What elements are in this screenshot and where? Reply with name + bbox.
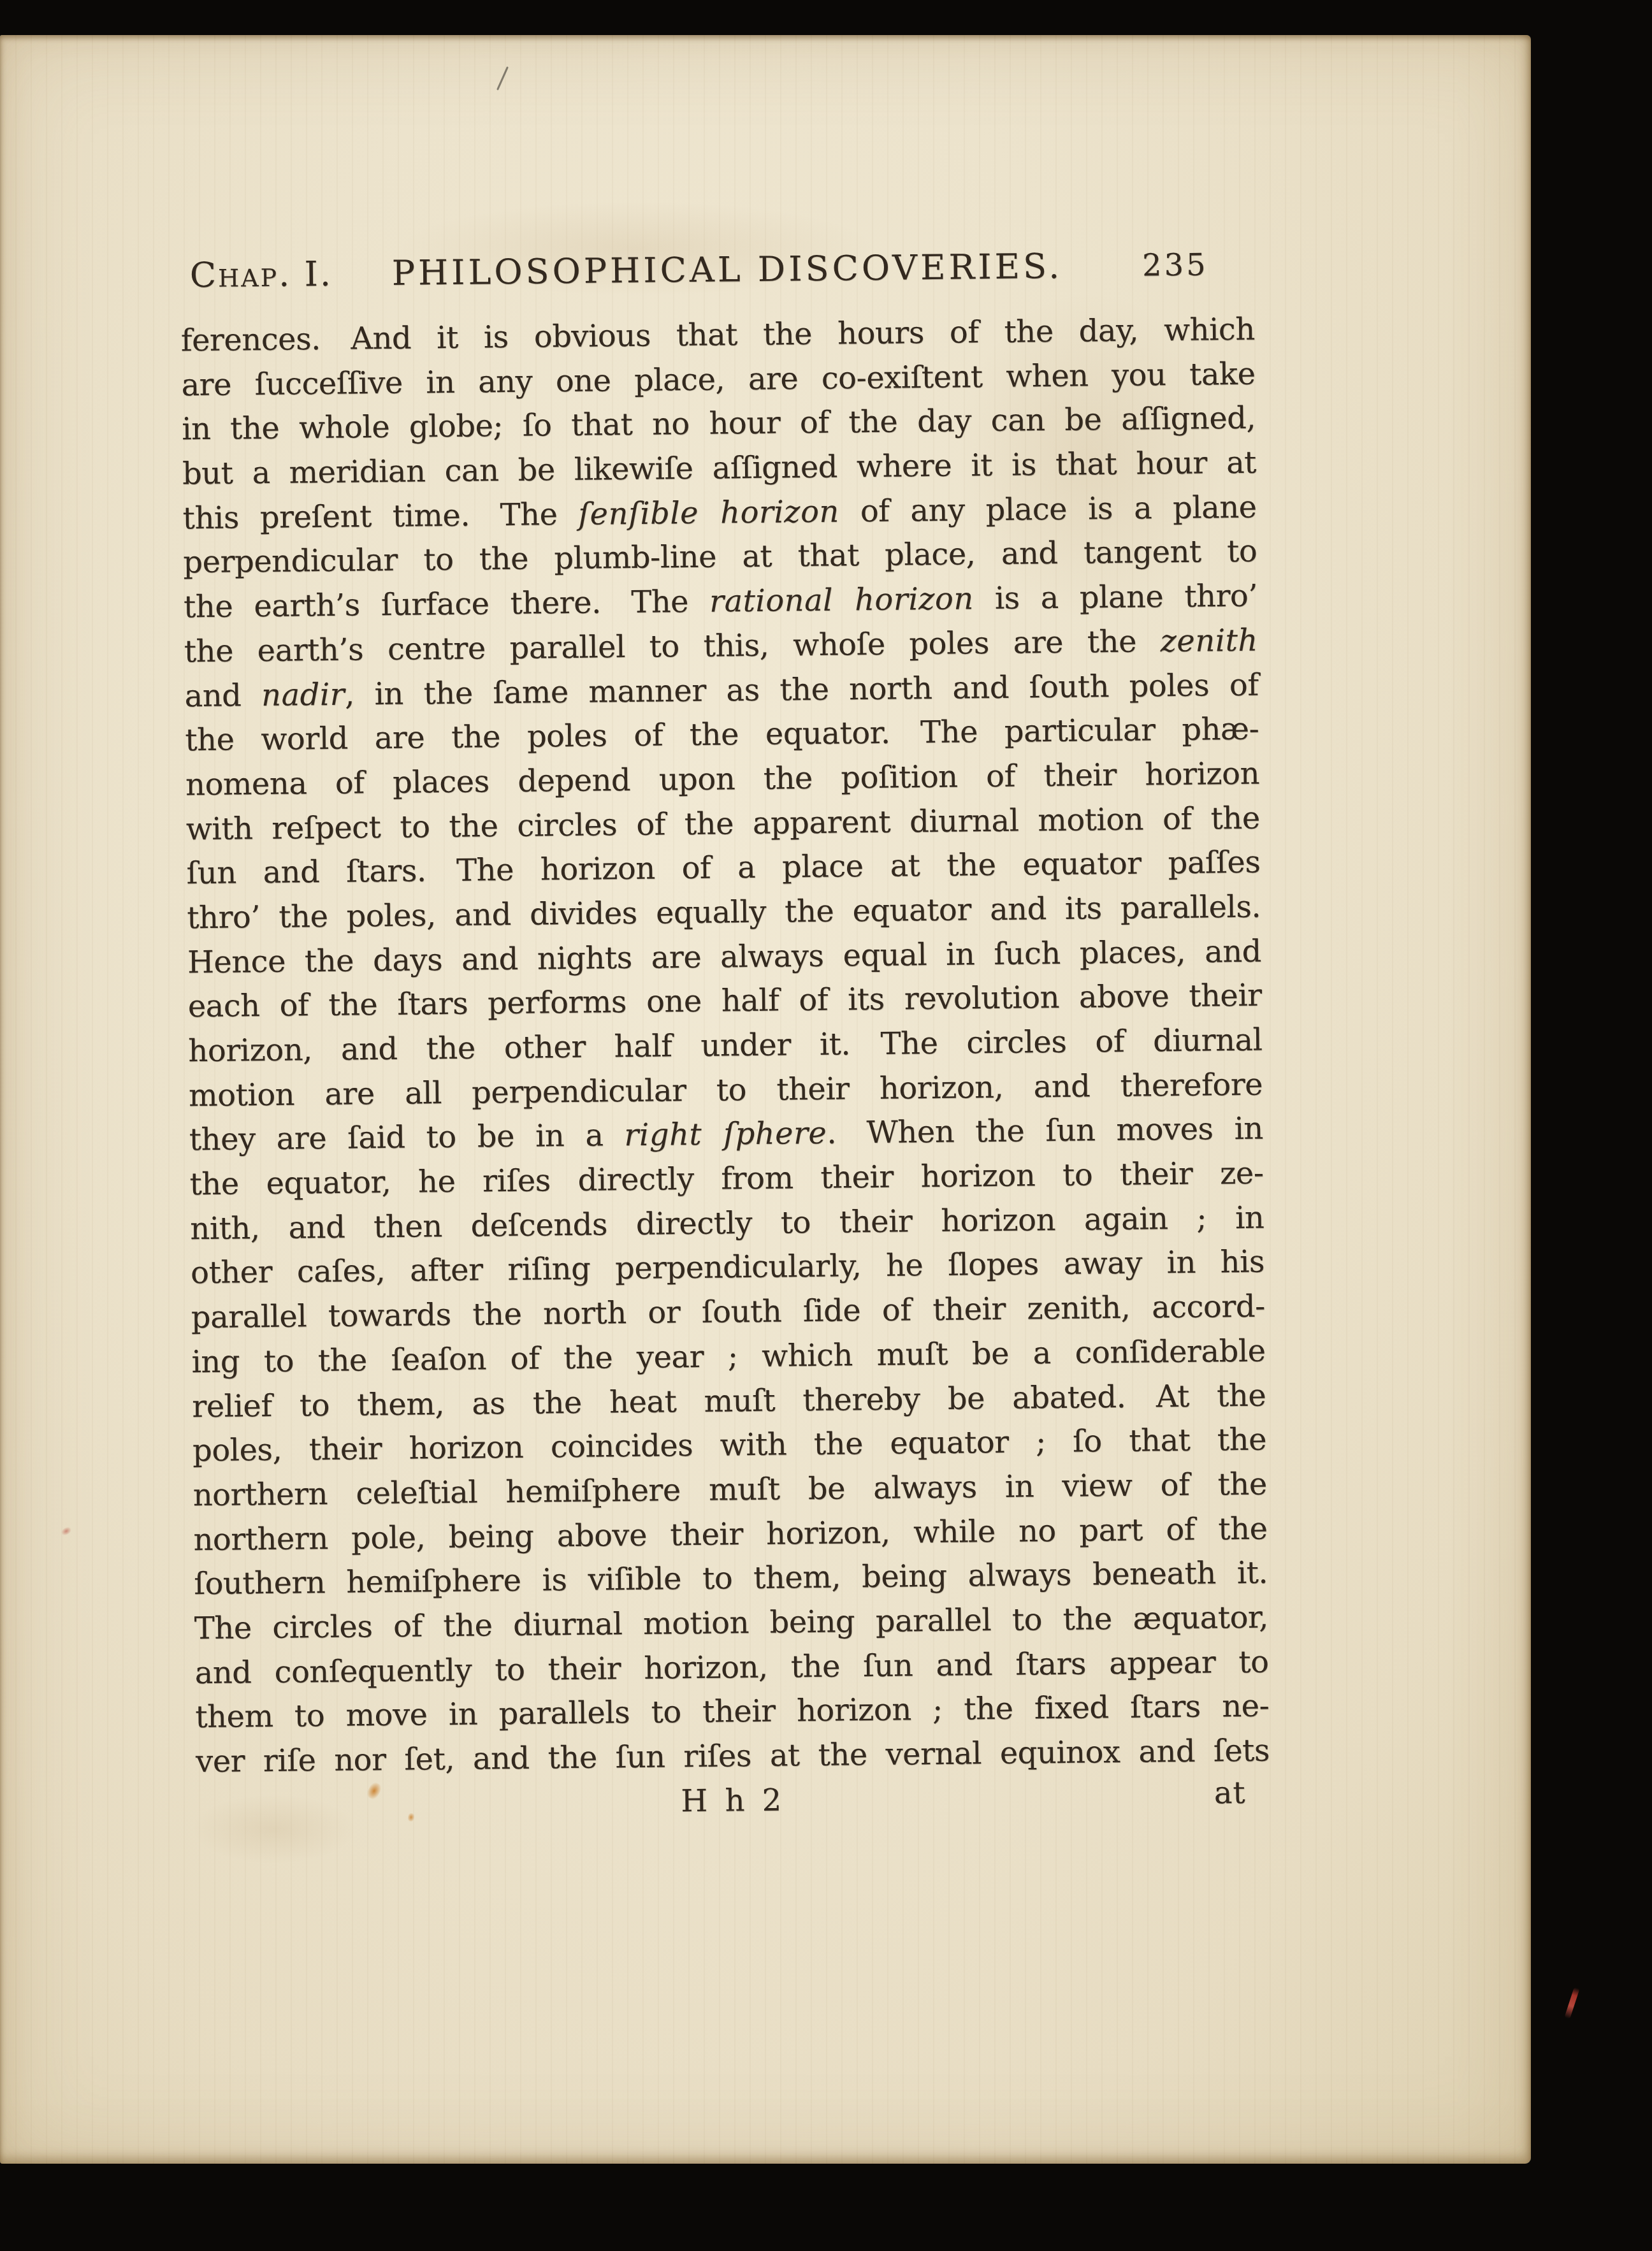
text-segment: and bbox=[184, 677, 261, 714]
text-segment: The circles of the diurnal motion being … bbox=[194, 1600, 1268, 1647]
book-page: Chap. I. PHILOSOPHICAL DISCOVERIES. 235 … bbox=[0, 35, 1531, 2164]
text-segment: perpendicular to the plumb-line at that … bbox=[183, 533, 1257, 581]
text-segment: ing to the ſeaſon of the year ; which mu… bbox=[191, 1333, 1265, 1380]
italic-text-segment: nadir bbox=[261, 676, 345, 713]
italic-text-segment: ſenſible horizon bbox=[578, 493, 839, 532]
text-segment: nomena of places depend upon the poſitio… bbox=[185, 756, 1259, 803]
text-segment: ferences. And it is obvious that the hou… bbox=[180, 312, 1254, 359]
text-segment: relief to them, as the heat muſt thereby… bbox=[192, 1377, 1266, 1424]
text-segment: ſun and ſtars. The horizon of a place at… bbox=[186, 844, 1260, 892]
catchword: at bbox=[1214, 1775, 1246, 1811]
red-ink-slash bbox=[1564, 1987, 1579, 2019]
scan-frame: { "palette": { "frame_background": "#0a0… bbox=[0, 0, 1652, 2251]
text-segment: with reſpect to the circles of the appar… bbox=[186, 800, 1260, 847]
text-segment: them to move in parallels to their horiz… bbox=[195, 1688, 1269, 1735]
text-segment: of any place is a plane bbox=[839, 489, 1257, 530]
text-segment: ver riſe nor ſet, and the ſun riſes at t… bbox=[196, 1733, 1270, 1780]
text-segment: and conſequently to their horizon, the ſ… bbox=[194, 1644, 1268, 1691]
text-segment: thro’ the poles, and divides equally the… bbox=[187, 889, 1261, 936]
text-segment: other caſes, after riſing perpendicularl… bbox=[191, 1244, 1264, 1291]
typeset-block: Chap. I. PHILOSOPHICAL DISCOVERIES. 235 … bbox=[180, 244, 1270, 1833]
italic-text-segment: rational horizon bbox=[709, 581, 974, 619]
text-segment: nith, and then deſcends directly to thei… bbox=[190, 1199, 1264, 1247]
text-segment: ſouthern hemiſphere is viſible to them, … bbox=[194, 1555, 1268, 1602]
text-segment: in the whole globe; ſo that no hour of t… bbox=[182, 400, 1256, 447]
running-title: PHILOSOPHICAL DISCOVERIES. bbox=[391, 246, 1062, 293]
text-segment: . When the ſun moves in bbox=[827, 1111, 1263, 1151]
text-segment: Hence the days and nights are always equ… bbox=[187, 933, 1261, 980]
text-segment: but a meridian can be likewiſe aſſigned … bbox=[182, 445, 1256, 492]
hairline-scratch bbox=[496, 66, 509, 90]
running-header: Chap. I. PHILOSOPHICAL DISCOVERIES. 235 bbox=[180, 244, 1254, 300]
text-segment: the equator, he riſes directly from thei… bbox=[189, 1155, 1263, 1203]
text-segment: this preſent time. The bbox=[182, 496, 578, 536]
text-segment: the earth’s centre parallel to this, who… bbox=[184, 623, 1161, 669]
page-number: 235 bbox=[1142, 247, 1208, 284]
text-segment: motion are all perpendicular to their ho… bbox=[189, 1066, 1263, 1113]
italic-text-segment: right ſphere bbox=[624, 1115, 827, 1153]
italic-text-segment: zenith bbox=[1160, 623, 1258, 660]
red-ink-speck bbox=[60, 1526, 72, 1537]
text-segment: is a plane thro’ bbox=[973, 578, 1257, 617]
text-segment: northern celeſtial hemiſphere muſt be al… bbox=[192, 1466, 1266, 1514]
text-segment: the earth’s ſurface there. The bbox=[184, 584, 710, 625]
text-segment: poles, their horizon coincides with the … bbox=[192, 1422, 1266, 1469]
text-segment: northern pole, being above their horizon… bbox=[193, 1510, 1267, 1558]
text-segment: , in the ſame manner as the north and ſo… bbox=[345, 667, 1259, 712]
text-segment: they are ſaid to be in a bbox=[189, 1118, 625, 1158]
signature-mark: H h 2 bbox=[196, 1777, 1270, 1824]
page-footer: H h 2 at bbox=[196, 1777, 1271, 1833]
body-text: ferences. And it is obvious that the hou… bbox=[180, 308, 1270, 1784]
text-segment: are ſucceſſive in any one place, are co-… bbox=[181, 356, 1255, 403]
text-segment: the world are the poles of the equator. … bbox=[185, 711, 1259, 758]
text-segment: each of the ſtars performs one half of i… bbox=[187, 978, 1261, 1025]
text-segment: horizon, and the other half under it. Th… bbox=[188, 1022, 1262, 1069]
text-segment: parallel towards the north or ſouth ſide… bbox=[191, 1289, 1265, 1336]
chapter-label: Chap. I. bbox=[189, 254, 333, 295]
